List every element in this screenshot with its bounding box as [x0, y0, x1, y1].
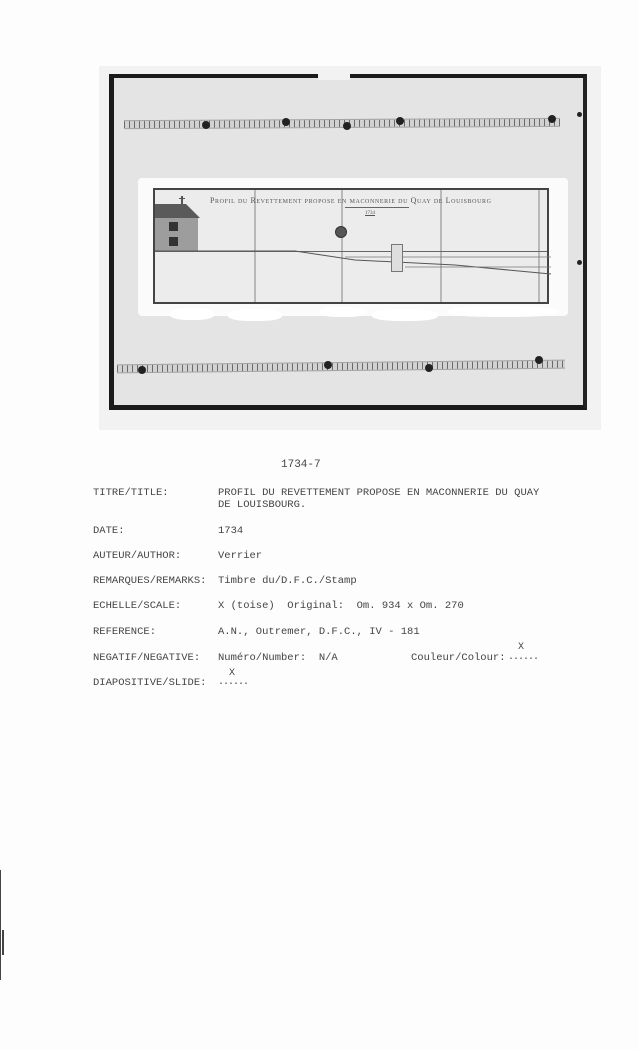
date-label: DATE: [93, 525, 125, 537]
slide-blank-dots: ...... [218, 677, 248, 688]
pin-icon [548, 115, 556, 123]
record-id: 1734-7 [281, 459, 321, 471]
photo-border-gap [318, 72, 350, 80]
remarks-label: REMARQUES/REMARKS: [93, 575, 206, 587]
slide-label: DIAPOSITIVE/SLIDE: [93, 677, 206, 689]
pin-icon [282, 118, 290, 126]
reference-value: A.N., Outremer, D.F.C., IV - 181 [218, 626, 420, 638]
pin-icon [577, 112, 582, 117]
scale-value: X (toise) Original: Om. 934 x Om. 270 [218, 600, 464, 612]
pin-icon [396, 117, 404, 125]
paper-tear [448, 306, 558, 317]
scale-label: ECHELLE/SCALE: [93, 600, 181, 612]
negative-colour-label: Couleur/Colour: [411, 652, 506, 664]
paper-tear [228, 309, 282, 321]
pin-icon [425, 364, 433, 372]
author-label: AUTEUR/AUTHOR: [93, 550, 181, 562]
scan-edge-mark [0, 870, 1, 980]
pin-icon [343, 122, 351, 130]
negative-label: NEGATIF/NEGATIVE: [93, 652, 200, 664]
reference-label: REFERENCE: [93, 626, 156, 638]
paper-tear [170, 308, 214, 320]
title-value: PROFIL DU REVETTEMENT PROPOSE EN MACONNE… [218, 487, 539, 511]
author-value: Verrier [218, 550, 262, 562]
title-label: TITRE/TITLE: [93, 487, 169, 499]
drawing-sheet: Profil du Revettement propose en maconne… [153, 188, 549, 304]
pin-icon [324, 361, 332, 369]
remarks-value: Timbre du/D.F.C./Stamp [218, 575, 357, 587]
pin-icon [202, 121, 210, 129]
negative-number-value: Numéro/Number: N/A [218, 652, 338, 664]
pin-icon [535, 356, 543, 364]
scan-edge-mark [2, 930, 4, 955]
colour-blank-dots: ...... [508, 652, 538, 663]
quay-wall-section [391, 244, 403, 272]
pin-icon [577, 260, 582, 265]
pin-icon [138, 366, 146, 374]
quay-profile-lines [155, 190, 551, 306]
date-value: 1734 [218, 525, 243, 537]
paper-tear [372, 309, 438, 321]
paper-tear [320, 307, 366, 317]
